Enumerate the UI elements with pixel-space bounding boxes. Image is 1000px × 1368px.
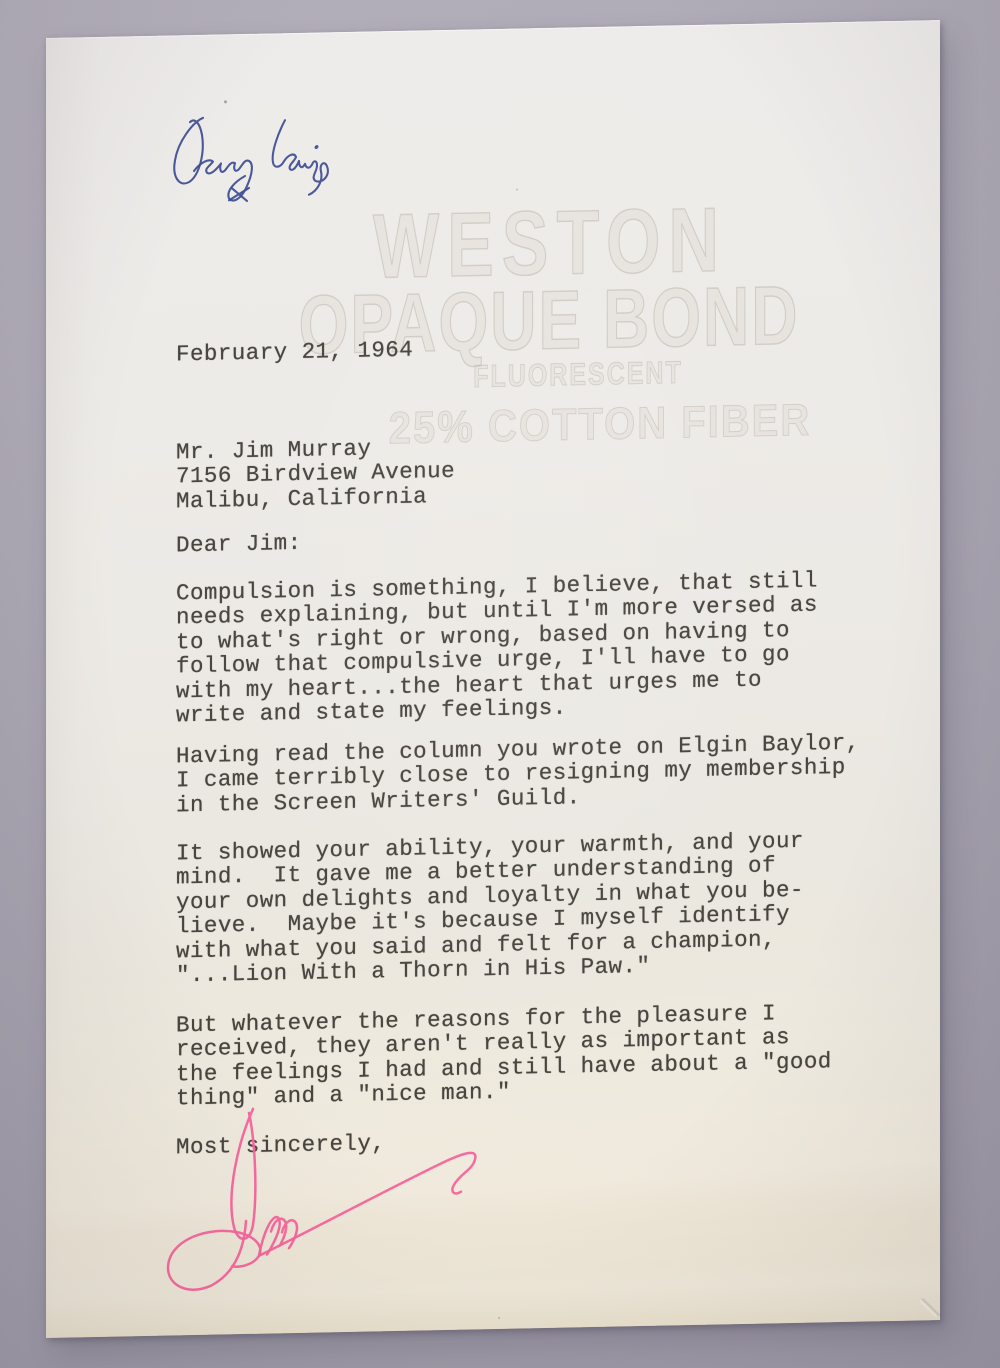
dust-speck (224, 100, 227, 103)
body-paragraph-4: But whatever the reasons for the pleasur… (176, 1000, 832, 1111)
body-paragraph-1: Compulsion is something, I believe, that… (176, 569, 818, 728)
handwritten-name-top (166, 105, 376, 211)
corner-fold (920, 1298, 940, 1316)
dust-speck (516, 189, 518, 191)
salutation: Dear Jim: (176, 531, 302, 558)
watermark-feature: FLUORESCENT (473, 355, 683, 395)
body-paragraph-2: Having read the column you wrote on Elgi… (176, 731, 860, 818)
recipient-address: Mr. Jim Murray 7156 Birdview Avenue Mali… (176, 435, 455, 514)
body-paragraph-3: It showed your ability, your warmth, and… (176, 829, 804, 988)
dust-speck (498, 1317, 500, 1319)
photo-background: WESTON OPAQUE BOND FLUORESCENT 25% COTTO… (0, 0, 1000, 1368)
paper-watermark: WESTON OPAQUE BOND FLUORESCENT 25% COTTO… (46, 20, 940, 38)
handwritten-signature-bottom (158, 1101, 488, 1308)
date-line: February 21, 1964 (176, 338, 413, 367)
letter-paper: WESTON OPAQUE BOND FLUORESCENT 25% COTTO… (46, 20, 940, 1338)
